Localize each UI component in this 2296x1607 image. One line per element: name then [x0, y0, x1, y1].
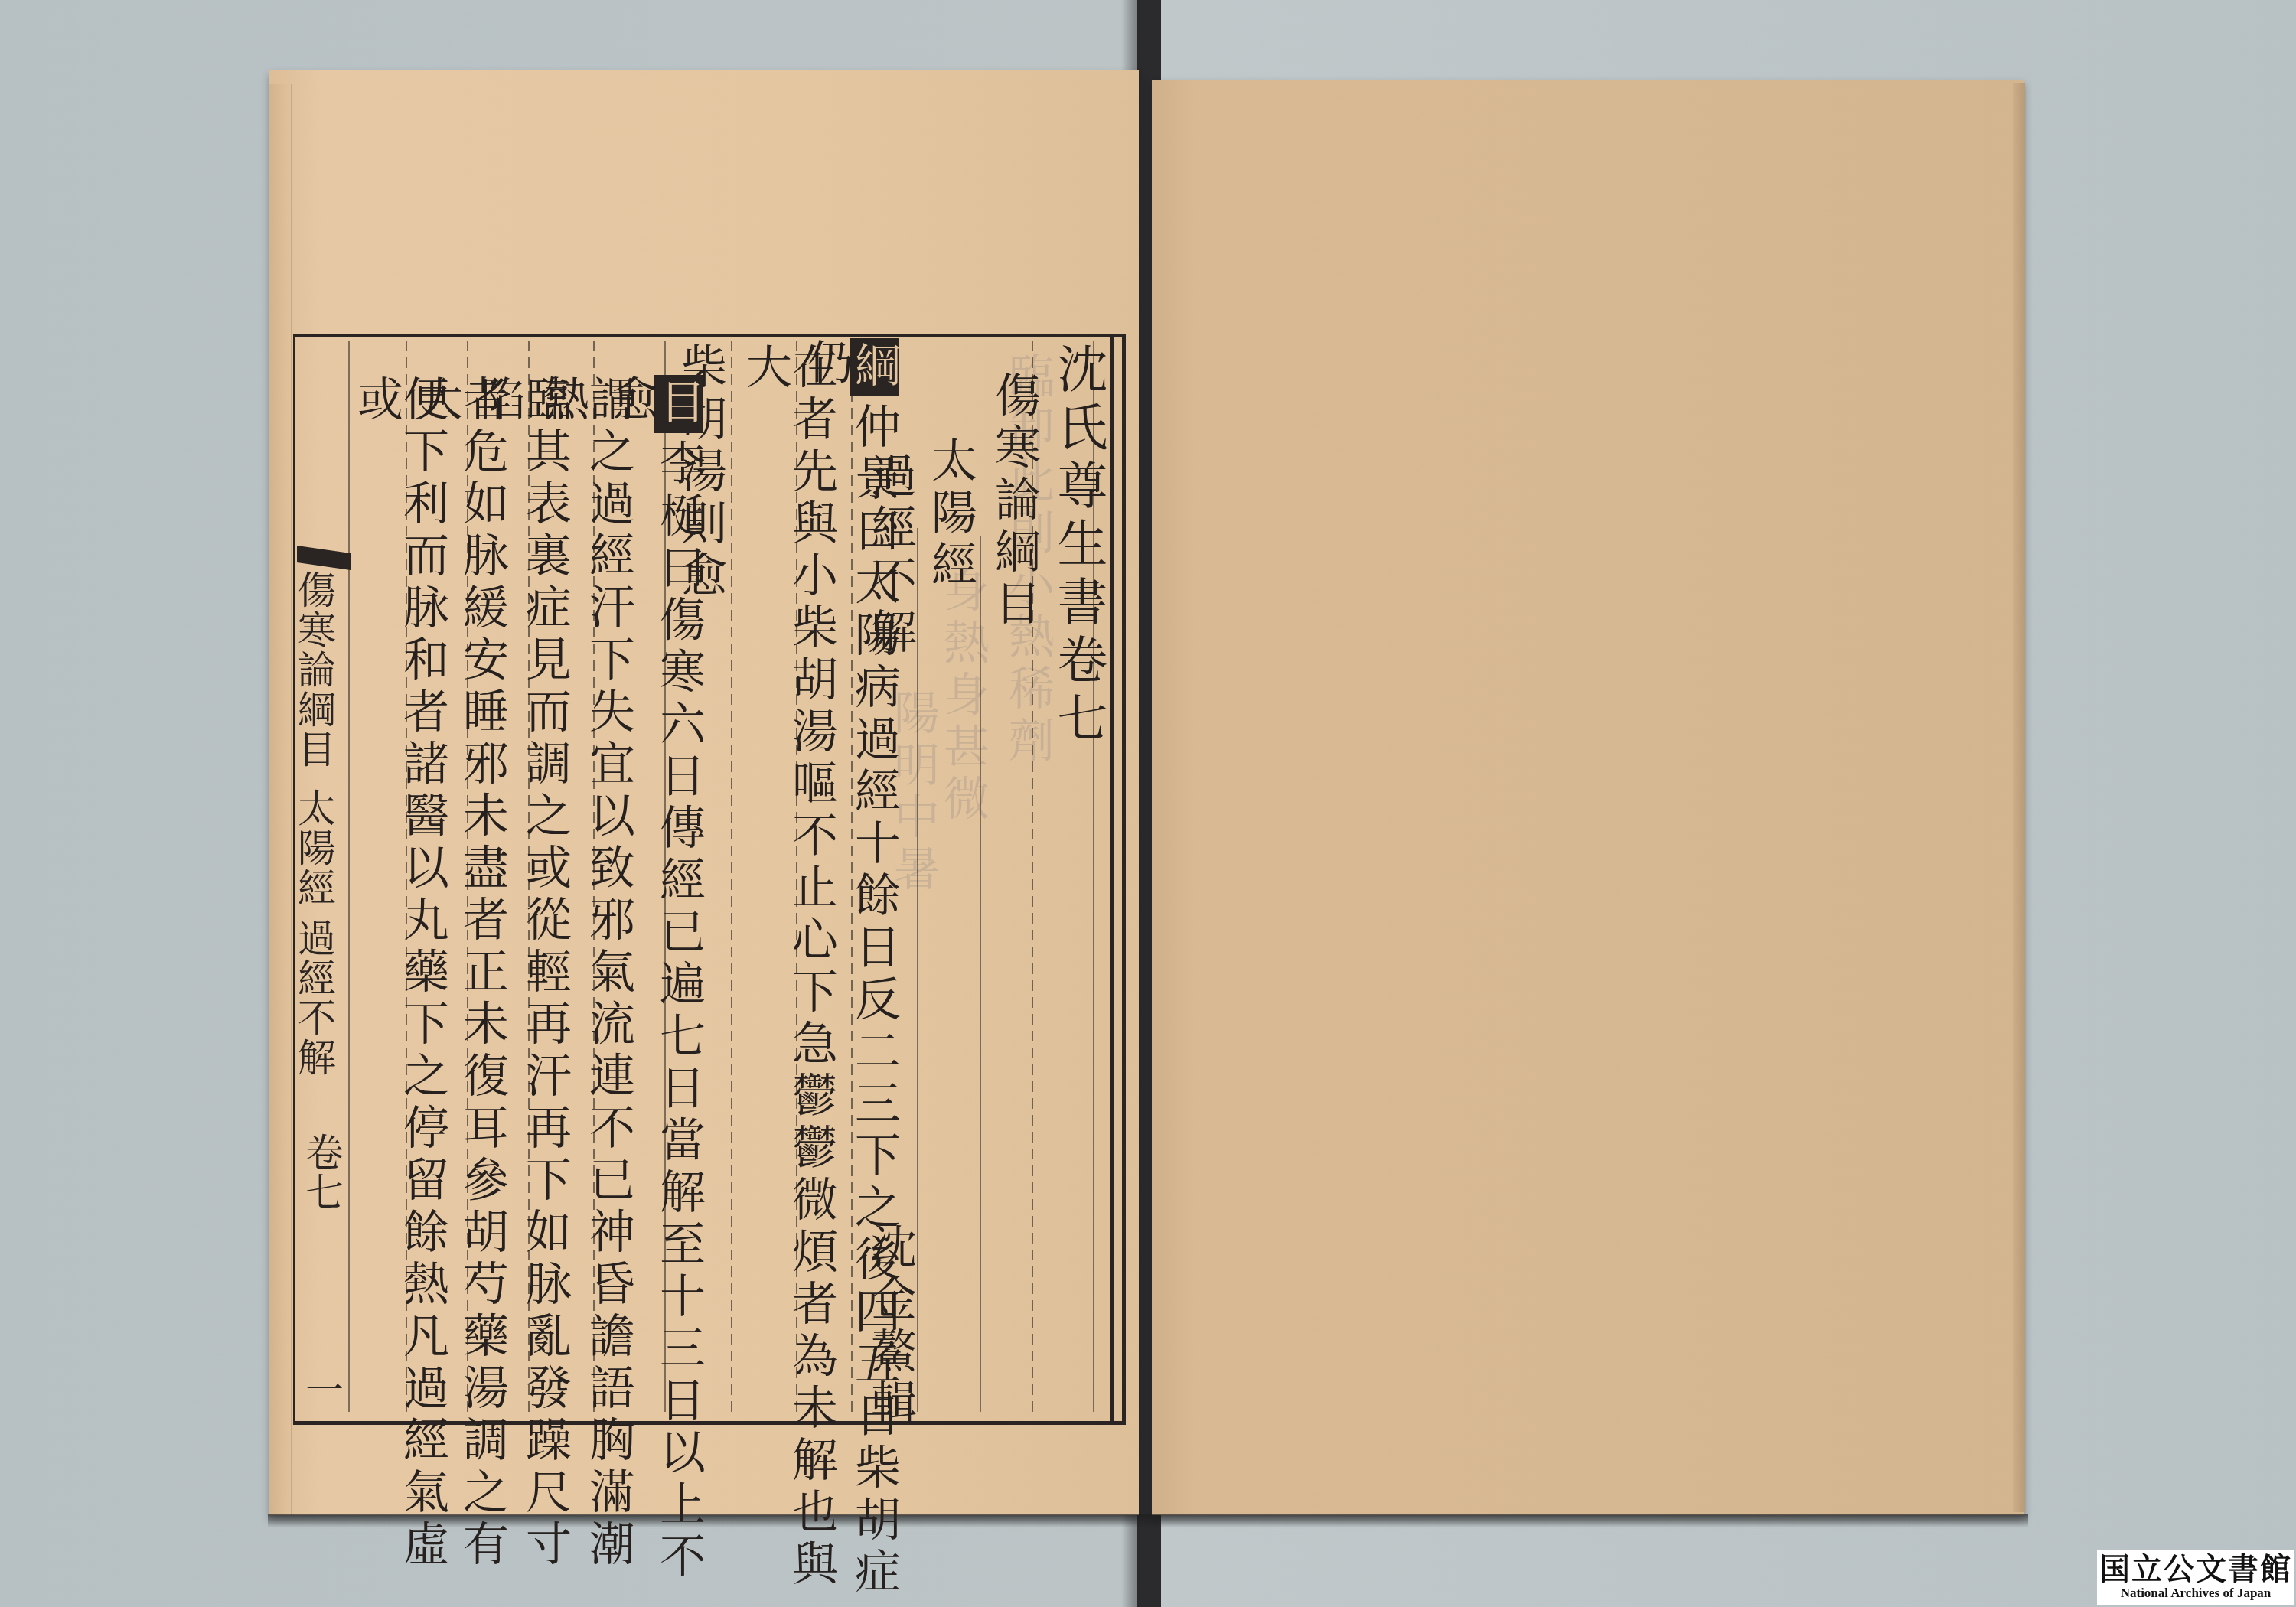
mu-marker: 目 [654, 375, 703, 433]
right-page [1152, 80, 2024, 1515]
text-column-8: 便下利而脉和者諸醫以丸藥下之停留餘熱凡過經氣虛或 [354, 375, 445, 1607]
fold-section: 太陽經 [295, 788, 333, 908]
column-rule [731, 341, 732, 1412]
national-archives-logo: 国立公文書館 National Archives of Japan [2097, 1550, 2294, 1605]
logo-english-name: National Archives of Japan [2121, 1586, 2272, 1601]
gang-marker: 綱 [850, 338, 899, 396]
fold-topic: 過經不解 [295, 918, 333, 1077]
chapter-title: 傷寒論綱目 [991, 371, 1037, 631]
column-rule [348, 341, 350, 1412]
right-page-edge [2013, 83, 2025, 1512]
book-title: 沈氏尊生書卷七 [1052, 343, 1103, 750]
section-title: 太陽經 [928, 436, 974, 592]
fold-page-number: 一 [302, 1370, 341, 1410]
column-rule [980, 536, 981, 1412]
frame-double-line [1110, 334, 1114, 1421]
fold-chapter-title: 傷寒論綱目 [295, 570, 333, 769]
fold-volume: 卷七 [302, 1133, 341, 1212]
column-rule [917, 528, 918, 1412]
left-page-edge [269, 84, 292, 1515]
logo-japanese-name: 国立公文書館 [2099, 1554, 2292, 1585]
text-column-2: 在者先與小柴胡湯嘔不止心下急鬱鬱微煩者為未解也與大 [742, 343, 834, 1607]
